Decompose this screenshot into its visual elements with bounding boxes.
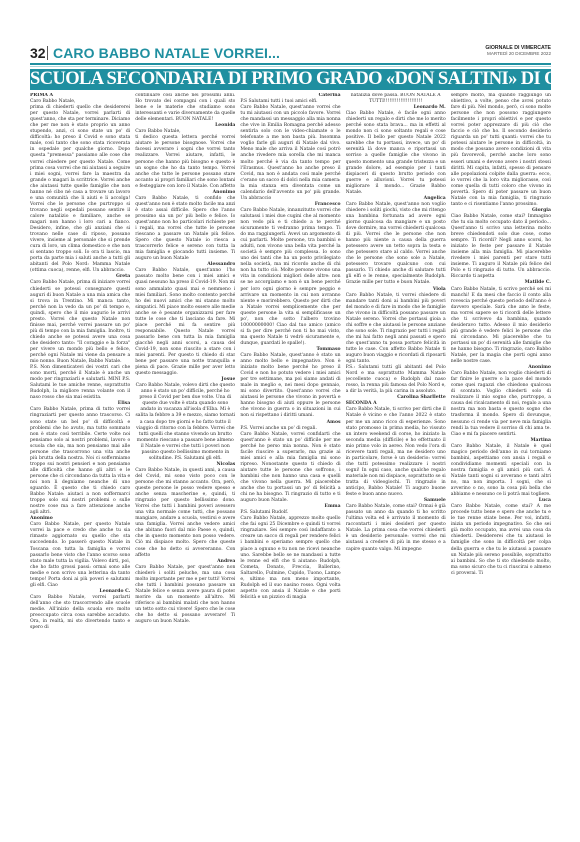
letter-paragraph: Caro Babbo Natale, per quest'anno non ch…	[135, 565, 235, 625]
letter-paragraph: Caro Babbo Natale, volevo dirti che ques…	[135, 383, 235, 462]
letter-paragraph: continuare così anche nei prossimi anni.…	[135, 93, 235, 123]
letter-paragraph: Caro Babbo Natale, ti scrivo perché sei …	[451, 287, 551, 366]
letter-paragraph: Caro Babbo Natale, prima di iniziare vor…	[30, 280, 130, 365]
letter-paragraph: Caro Babbo Natale, vorrei confidarti che…	[240, 432, 340, 505]
letter-paragraph: Caro Babbo Natale, come stai? A me proce…	[451, 504, 551, 577]
letter-paragraph: Caro Babbo Natale, il Natale è quel magi…	[451, 444, 551, 498]
header-rule	[30, 63, 551, 65]
letter-paragraph: prima di chiederti quello che desiderere…	[30, 105, 130, 274]
letter-paragraph: Ciao Babbo Natale, come stai? Immagino c…	[451, 214, 551, 281]
column-2: continuare così anche nei prossimi anni.…	[135, 93, 235, 833]
letter-paragraph: sempre molto, ma quando raggiungo un obi…	[451, 93, 551, 208]
section-title: CARO BABBO NATALE VORREI...	[53, 44, 280, 62]
masthead: GIORNALE DI VIMERCATE MARTEDÌ 20 DICEMBR…	[485, 45, 551, 57]
letter-paragraph: Caro Babbo Natale, quest'anno vorrei che…	[240, 105, 340, 202]
letter-paragraph: Caro Babbo Natale, non voglio chiederti …	[451, 371, 551, 438]
letter-paragraph: Ciao Babbo Natale, è facile ogni anno ch…	[346, 111, 446, 196]
letter-paragraph: Caro Babbo Natale, ti vorrei chiedere di…	[346, 293, 446, 366]
letter-paragraph: Caro Babbo Natale, ti confido che quest'…	[135, 196, 235, 263]
letter-paragraph: Caro Babbo Natale, quest'anno è stato un…	[240, 353, 340, 420]
letter-paragraph: Caro Babbo Natale, per questo Natale vor…	[30, 522, 130, 589]
page-number: 32	[30, 44, 46, 62]
column-5: sempre molto, ma quando raggiungo un obi…	[451, 93, 551, 833]
column-1: PRIMA ACaro Babbo Natale,prima di chiede…	[30, 93, 130, 833]
letter-paragraph: Caro Babbo Natale, in questi anni, a cau…	[135, 468, 235, 559]
letter-paragraph: Caro Babbo Natale, apprezzo molto quello…	[240, 516, 340, 601]
letter-paragraph: Caro Babbo Natale, vorrei parlarti dell'…	[30, 595, 130, 631]
letter-paragraph: P.S. Non dimenticatevi dei vostri cari c…	[30, 365, 130, 401]
letter-paragraph: Caro Babbo Natale, ti scrivo per dirti c…	[346, 407, 446, 498]
letter-paragraph: Caro Babbo Natale, quest'anno l'ho passa…	[135, 268, 235, 377]
letter-paragraph: ti dedico questa lettera perché vorrei a…	[135, 135, 235, 189]
letter-paragraph: P.S.: Salutami tutti gli abitanti del Po…	[346, 365, 446, 395]
header-divider	[47, 46, 48, 60]
letter-paragraph: natalizia dove passa. BUON NATALE A TUTT…	[346, 93, 446, 105]
column-3: CaterinaP.S Salutami tutti i tuoi amici …	[240, 93, 340, 833]
letter-paragraph: Caro Babbo Natale, come stai? Ormai è gi…	[346, 504, 446, 552]
article-columns: PRIMA ACaro Babbo Natale,prima di chiede…	[30, 93, 551, 833]
letter-paragraph: Caro Babbo Natale, quest'anno non voglio…	[346, 202, 446, 287]
issue-date: MARTEDÌ 20 DICEMBRE 2022	[485, 51, 551, 57]
letter-paragraph: Caro Babbo Natale, prima di tutto vorrei…	[30, 407, 130, 516]
newspaper-page: 32 CARO BABBO NATALE VORREI... GIORNALE …	[0, 0, 580, 842]
header-rule-light	[30, 66, 551, 67]
column-4: natalizia dove passa. BUON NATALE A TUTT…	[346, 93, 446, 833]
letter-paragraph: Caro Babbo Natale, innanzitutto vorrei c…	[240, 208, 340, 347]
article-banner-title: SCUOLA SECONDARIA DI PRIMO GRADO «DON SA…	[30, 69, 551, 90]
page-header: 32 CARO BABBO NATALE VORREI... GIORNALE …	[30, 44, 551, 64]
